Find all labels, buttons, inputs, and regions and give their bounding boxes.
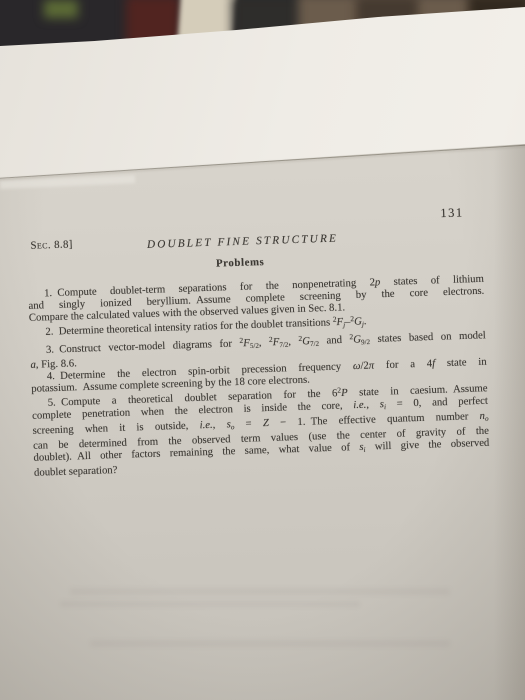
show-through-mark bbox=[60, 601, 360, 607]
problems-text: 1. Compute doublet-term separations for … bbox=[28, 273, 490, 479]
backdrop-blob-green bbox=[44, 0, 78, 18]
section-label: Sec. 8.8] bbox=[30, 238, 73, 251]
page-number: 131 bbox=[440, 205, 464, 221]
photo-background: 131 Sec. 8.8] DOUBLET FINE STRUCTURE Pro… bbox=[0, 0, 525, 700]
page-content: 131 Sec. 8.8] DOUBLET FINE STRUCTURE Pro… bbox=[23, 185, 493, 500]
show-through-mark bbox=[90, 640, 450, 647]
show-through-mark bbox=[70, 588, 450, 595]
running-title: DOUBLET FINE STRUCTURE bbox=[147, 233, 338, 251]
